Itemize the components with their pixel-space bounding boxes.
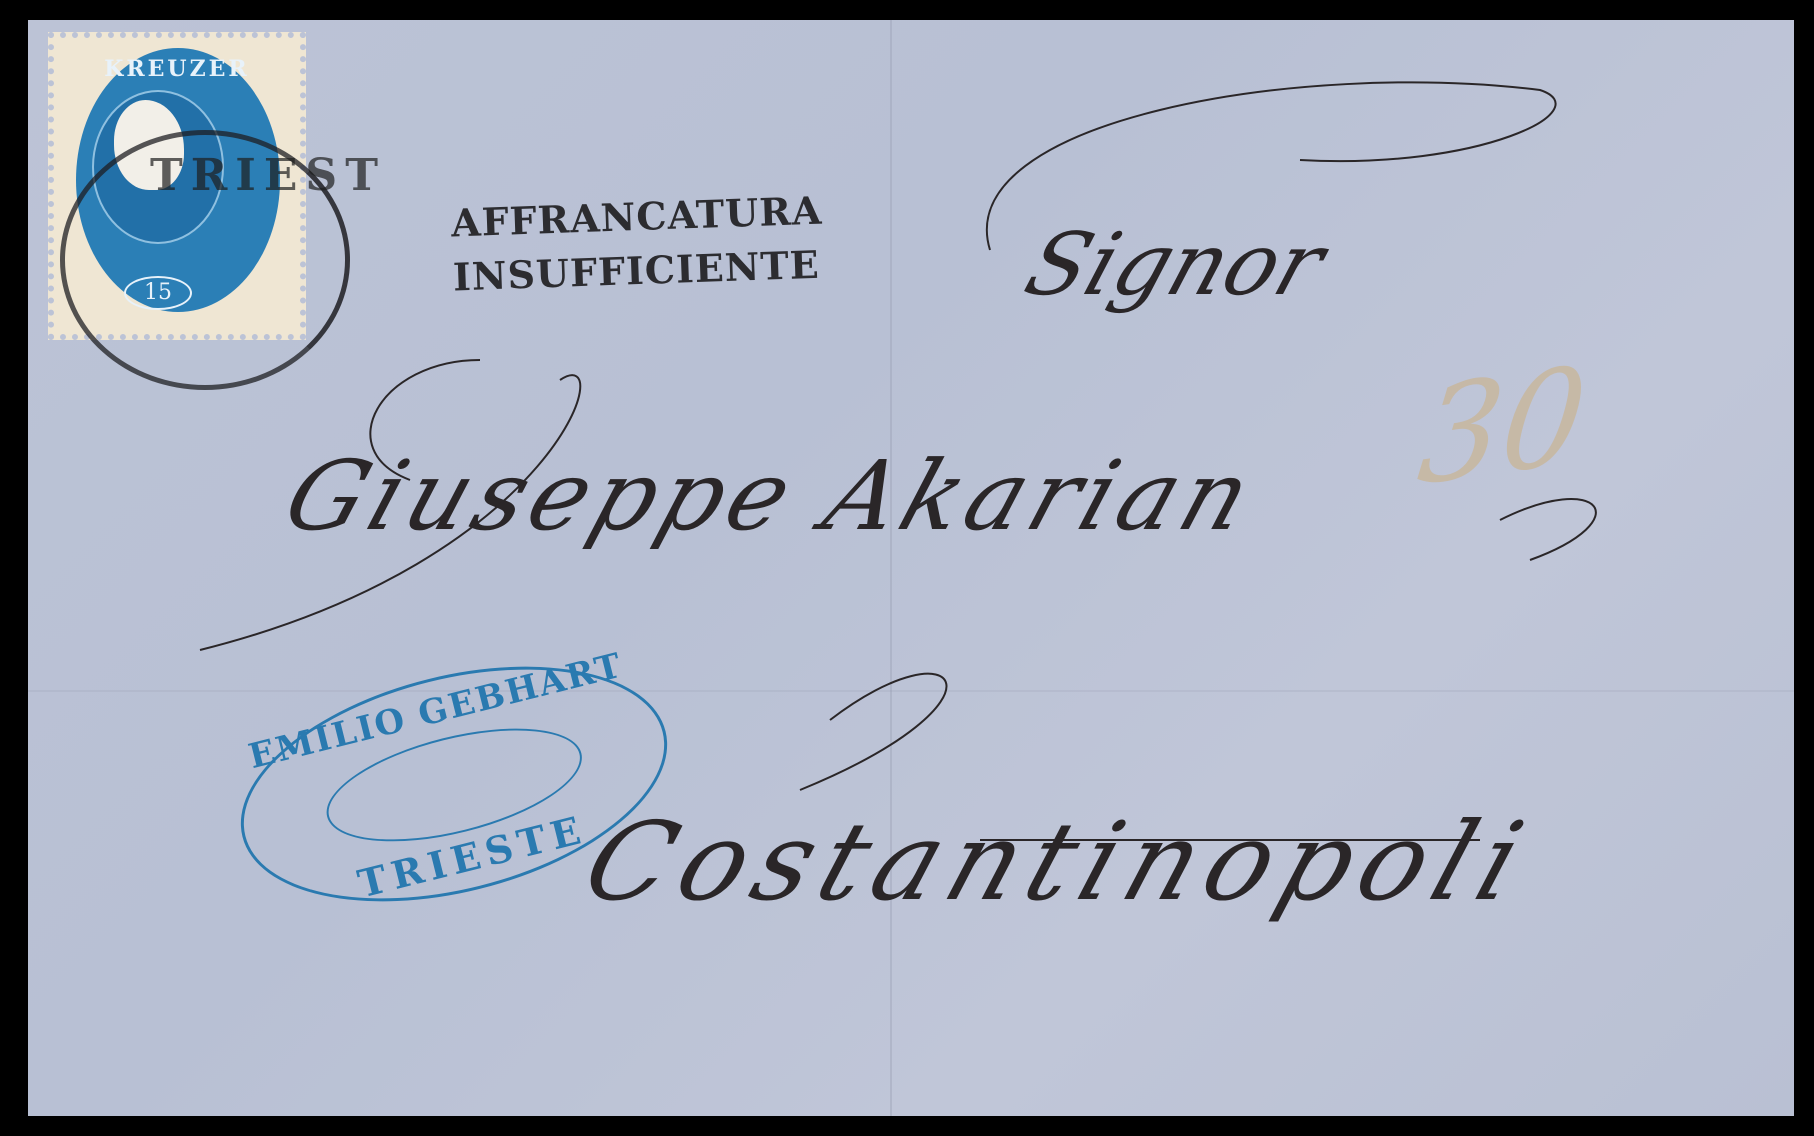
handwriting-flourishes xyxy=(0,0,1814,1136)
